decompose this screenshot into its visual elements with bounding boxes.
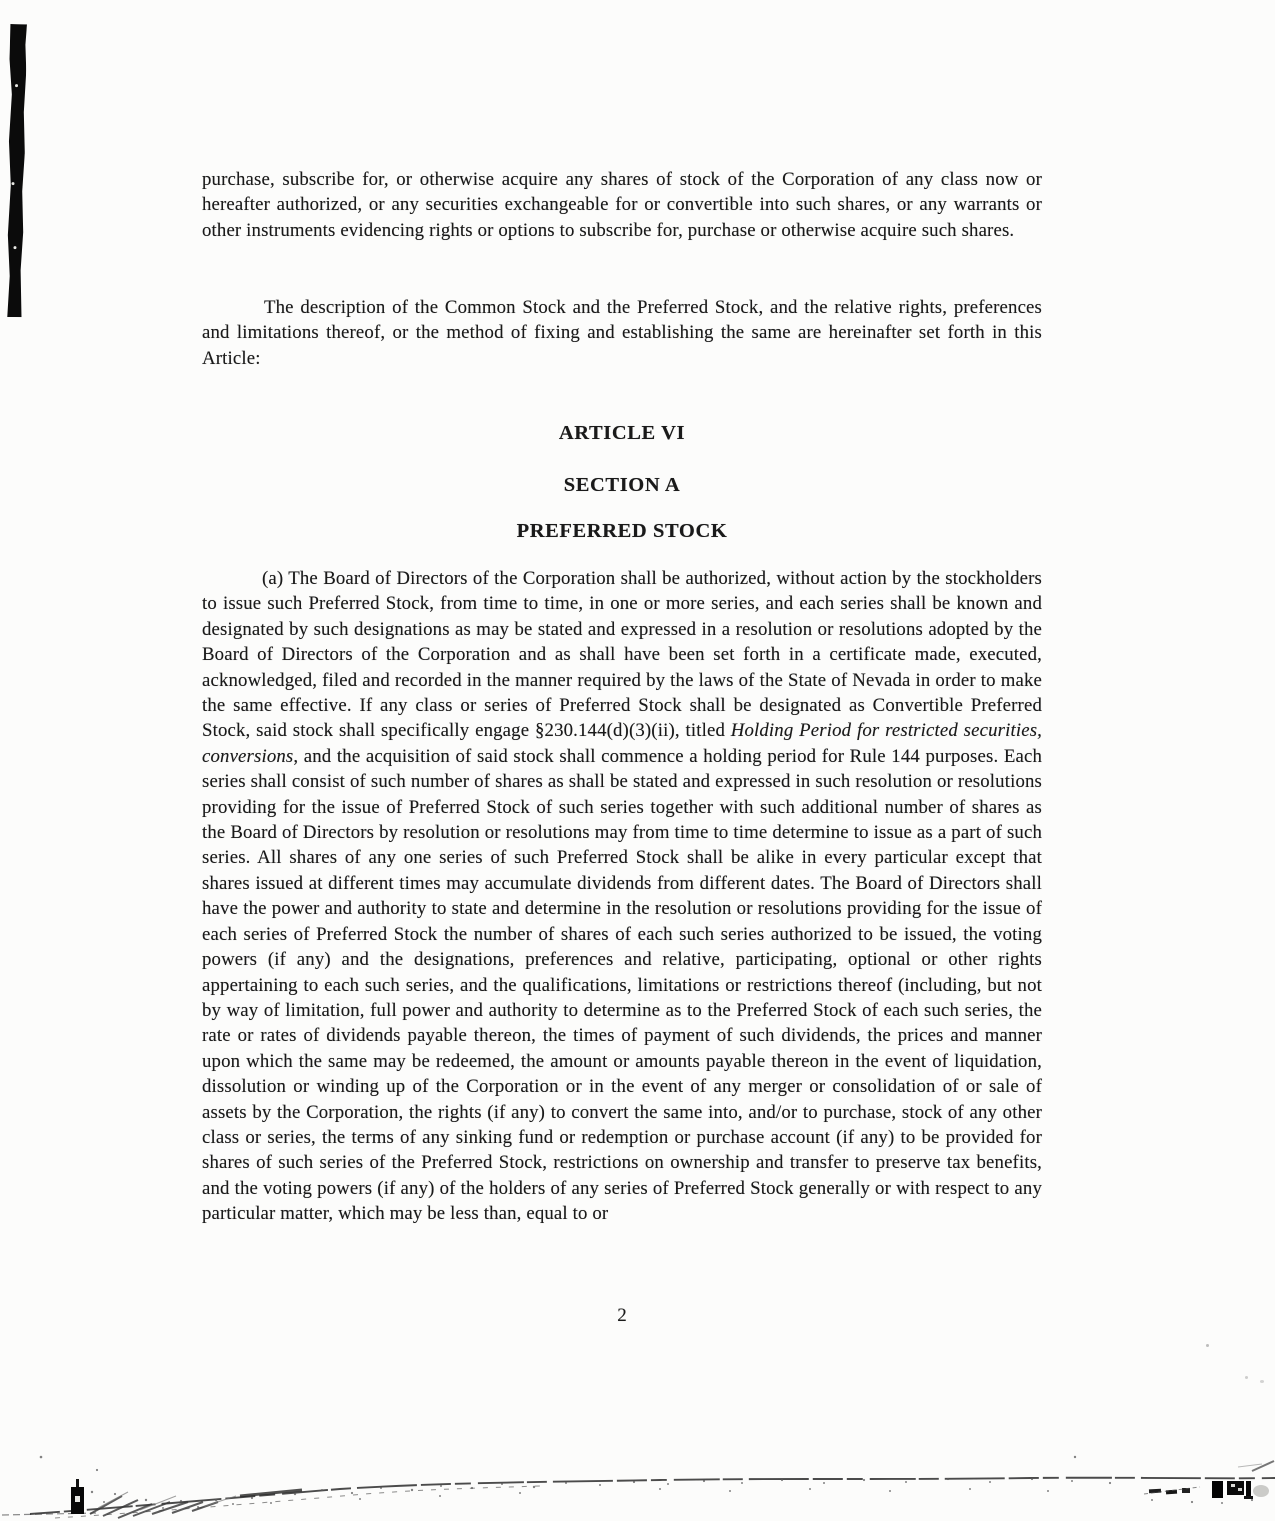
scan-pinhole [15, 84, 18, 87]
scan-speck [1260, 1380, 1264, 1383]
intro-paragraph-2: The description of the Common Stock and … [202, 295, 1042, 371]
bottom-scan-artifacts [0, 1430, 1275, 1521]
intro-paragraph-1: purchase, subscribe for, or otherwise ac… [202, 167, 1042, 243]
body-text-part-2: , and the acquisition of said stock shal… [202, 746, 1042, 1224]
body-paragraph-a: (a) The Board of Directors of the Corpor… [202, 566, 1042, 1227]
article-heading: ARTICLE VI [202, 422, 1042, 445]
scan-speck [1206, 1344, 1209, 1347]
section-heading: SECTION A [202, 474, 1042, 497]
preferred-stock-heading: PREFERRED STOCK [202, 520, 1042, 543]
page-number: 2 [202, 1305, 1042, 1327]
scan-bar-artifact [4, 24, 27, 317]
scan-pinhole [13, 246, 16, 249]
scan-speck [1245, 1376, 1248, 1379]
body-text-part-1: (a) The Board of Directors of the Corpor… [202, 568, 1042, 741]
document-page: purchase, subscribe for, or otherwise ac… [0, 0, 1275, 1521]
scan-pinhole [11, 182, 14, 185]
